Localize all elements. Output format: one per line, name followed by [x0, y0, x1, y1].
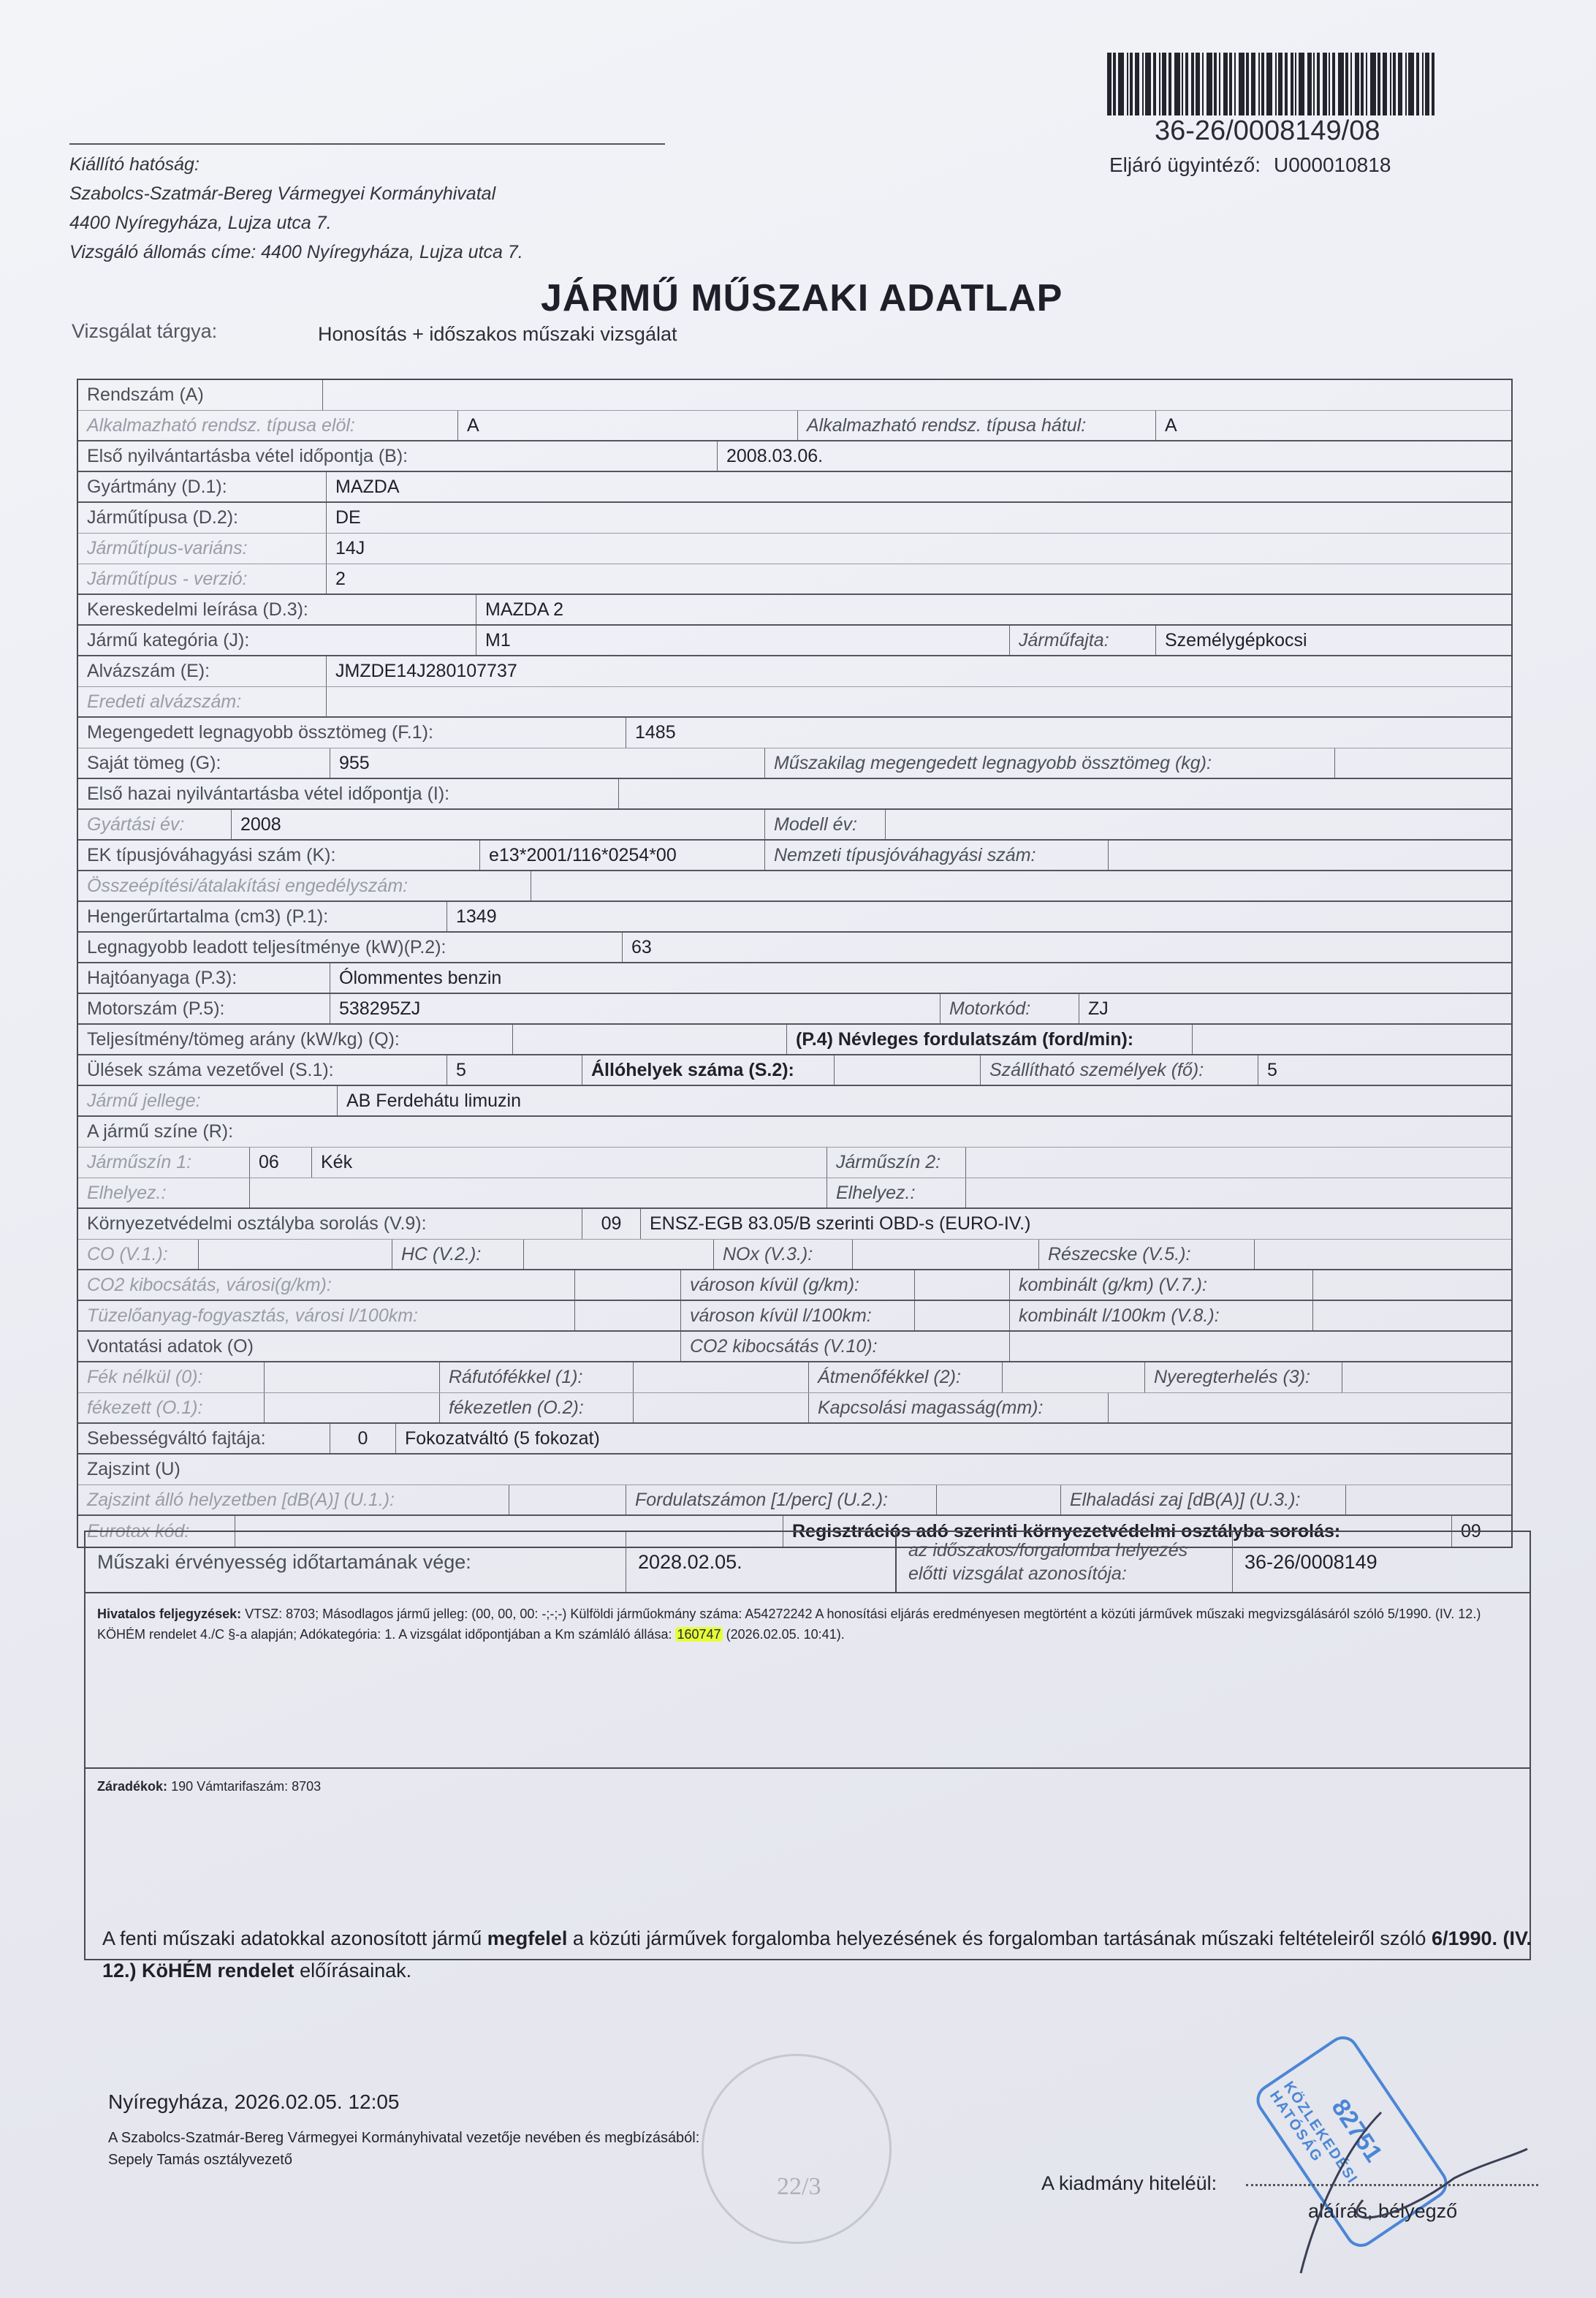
official-notes: Hivatalos feljegyzések: VTSZ: 8703; Máso… — [85, 1593, 1529, 1769]
validity-row: Műszaki érvényesség időtartamának vége: … — [85, 1532, 1529, 1593]
barcode-bar — [1168, 53, 1171, 115]
row-type: Járműtípusa (D.2): DE — [78, 503, 1511, 534]
through-value — [1003, 1362, 1145, 1392]
validity-end-label: Műszaki érvényesség időtartamának vége: — [85, 1532, 626, 1592]
first-reg-value: 2008.03.06. — [718, 441, 1511, 471]
barcode-bar — [1234, 53, 1236, 115]
co2-v10-label: CO2 kibocsátás (V.10): — [681, 1332, 1010, 1361]
barcode-bar — [1275, 53, 1277, 115]
barcode-bar — [1196, 53, 1200, 115]
gearbox-label: Sebességváltó fajtája: — [78, 1424, 330, 1453]
barcode-bar — [1202, 53, 1204, 115]
row-fuel-consumption: Tüzelőanyag-fogyasztás, városi l/100km: … — [78, 1301, 1511, 1332]
version-label: Járműtípus - verzió: — [78, 564, 327, 594]
model-year-value — [886, 810, 1511, 839]
fuel-city-value — [575, 1301, 681, 1330]
variant-label: Járműtípus-variáns: — [78, 534, 327, 564]
coupling-label: Kapcsolási magasság(mm): — [809, 1393, 1109, 1422]
seats-label: Ülések száma vezetővel (S.1): — [78, 1055, 447, 1085]
barcode-bar — [1118, 53, 1124, 115]
overrun-label: Ráfutófékkel (1): — [440, 1362, 634, 1392]
displacement-label: Hengerűrtartalma (cm3) (P.1): — [78, 902, 447, 931]
barcode-bar — [1377, 53, 1380, 115]
conform-bold-1: megfelel — [487, 1927, 568, 1949]
engine-code-label: Motorkód: — [940, 994, 1079, 1023]
placement2-label: Elhelyez.: — [827, 1178, 966, 1207]
braked-label: fékezett (O.1): — [78, 1393, 265, 1422]
fuel-extra-value — [915, 1301, 1010, 1330]
barcode-bar — [1266, 53, 1272, 115]
case-handler: Eljáró ügyintéző:U000010818 — [1109, 153, 1391, 177]
power-label: Legnagyobb leadott teljesítménye (kW)(P.… — [78, 933, 623, 962]
commercial-value: MAZDA 2 — [476, 595, 1511, 624]
issuer-address: 4400 Nyíregyháza, Lujza utca 7. — [69, 208, 523, 238]
validity-section: Műszaki érvényesség időtartamának vége: … — [84, 1531, 1531, 1960]
body-value: AB Ferdehátu limuzin — [338, 1086, 1511, 1115]
issuer-block: Kiállító hatóság: Szabolcs-Szatmár-Bereg… — [69, 150, 523, 267]
row-version: Járműtípus - verzió: 2 — [78, 564, 1511, 595]
validity-end-value: 2028.02.05. — [626, 1532, 897, 1592]
clauses-label: Záradékok: — [97, 1779, 167, 1794]
barcode-bar — [1261, 53, 1264, 115]
ec-approval-label: EK típusjóváhagyási szám (K): — [78, 841, 480, 870]
barcode-bar — [1370, 53, 1376, 115]
conversion-value — [531, 871, 1511, 900]
prev-inspection-label: az időszakos/forgalomba helyezés előtti … — [897, 1532, 1233, 1592]
row-power-weight: Teljesítmény/tömeg arány (kW/kg) (Q): (P… — [78, 1025, 1511, 1055]
barcode-bar — [1332, 53, 1335, 115]
row-emissions: CO (V.1.): HC (V.2.): NOx (V.3.): Részec… — [78, 1240, 1511, 1270]
conform-text-1: A fenti műszaki adatokkal azonosított já… — [102, 1927, 482, 1949]
row-orig-vin: Eredeti alvázszám: — [78, 687, 1511, 718]
category-label: Jármű kategória (J): — [78, 626, 476, 655]
barcode-bar — [1425, 53, 1429, 115]
noise-rpm-value — [937, 1485, 1061, 1514]
fuel-comb-label: kombinált l/100km (V.8.): — [1010, 1301, 1313, 1330]
barcode-bar — [1338, 53, 1344, 115]
color2-label: Járműszín 2: — [827, 1148, 966, 1178]
engine-no-label: Motorszám (P.5): — [78, 994, 330, 1023]
nox-value — [853, 1240, 1039, 1269]
notes-label: Hivatalos feljegyzések: — [97, 1607, 241, 1621]
barcode-bar — [1345, 53, 1348, 115]
barcode-bar — [1366, 53, 1367, 115]
standing-label: Állóhelyek száma (S.2): — [582, 1055, 835, 1085]
own-mass-value: 955 — [330, 748, 765, 778]
row-noise-header: Zajszint (U) — [78, 1455, 1511, 1485]
gearbox-value: Fokozatváltó (5 fokozat) — [396, 1424, 1511, 1453]
seal-number: 22/3 — [777, 2173, 821, 2201]
barcode-bar — [1285, 53, 1288, 115]
row-variant: Járműtípus-variáns: 14J — [78, 534, 1511, 564]
barcode-bar — [1191, 53, 1194, 115]
make-label: Gyártmány (D.1): — [78, 472, 327, 501]
barcode-bar — [1229, 53, 1232, 115]
plate-type-front-label: Alkalmazható rendsz. típusa elöl: — [78, 411, 458, 440]
nox-label: NOx (V.3.): — [714, 1240, 853, 1269]
barcode — [1107, 53, 1484, 115]
color-label: A jármű színe (R): — [78, 1117, 1511, 1147]
engine-no-value: 538295ZJ — [330, 994, 940, 1023]
color1-code: 06 — [250, 1148, 312, 1178]
barcode-bar — [1317, 53, 1320, 115]
unbraked-value — [634, 1393, 809, 1422]
noise-rpm-label: Fordulatszámon [1/perc] (U.2.): — [626, 1485, 937, 1514]
header-divider — [69, 143, 665, 145]
row-engine: Motorszám (P.5): 538295ZJ Motorkód: ZJ — [78, 994, 1511, 1025]
noise-stat-value — [509, 1485, 626, 1514]
fuel-comb-value — [1313, 1301, 1511, 1330]
row-category: Jármű kategória (J): M1 Járműfajta: Szem… — [78, 626, 1511, 656]
row-towing: Vontatási adatok (O) CO2 kibocsátás (V.1… — [78, 1332, 1511, 1362]
barcode-bar — [1153, 53, 1156, 115]
barcode-bar — [1135, 53, 1139, 115]
row-noise: Zajszint álló helyzetben [dB(A)] (U.1.):… — [78, 1485, 1511, 1516]
row-seats: Ülések száma vezetővel (S.1): 5 Állóhely… — [78, 1055, 1511, 1086]
plate-type-rear-label: Alkalmazható rendsz. típusa hátul: — [798, 411, 1156, 440]
notes-text-end: (2026.02.05. 10:41). — [726, 1627, 845, 1642]
towing-label: Vontatási adatok (O) — [78, 1332, 681, 1361]
row-prod-year: Gyártási év: 2008 Modell év: — [78, 810, 1511, 841]
barcode-bar — [1107, 53, 1111, 115]
placement2-value — [966, 1178, 1511, 1207]
case-handler-value: U000010818 — [1274, 153, 1391, 176]
max-mass-value: 1485 — [626, 718, 1511, 748]
conversion-label: Összeépítési/átalakítási engedélyszám: — [78, 871, 531, 900]
saddle-label: Nyeregterhelés (3): — [1145, 1362, 1342, 1392]
row-displacement: Hengerűrtartalma (cm3) (P.1): 1349 — [78, 902, 1511, 933]
barcode-bar — [1393, 53, 1396, 115]
row-plate: Rendszám (A) — [78, 380, 1511, 411]
env-class-label: Környezetvédelmi osztályba sorolás (V.9)… — [78, 1209, 582, 1239]
ec-approval-value: e13*2001/116*0254*00 — [480, 841, 765, 870]
barcode-bar — [1246, 53, 1249, 115]
noise-pass-label: Elhaladási zaj [dB(A)] (U.3.): — [1061, 1485, 1346, 1514]
subject-value: Honosítás + időszakos műszaki vizsgálat — [318, 323, 677, 346]
kind-value: Személygépkocsi — [1156, 626, 1511, 655]
plate-value — [323, 380, 1511, 410]
barcode-bar — [1383, 53, 1387, 115]
barcode-bar — [1127, 53, 1128, 115]
displacement-value: 1349 — [447, 902, 1511, 931]
row-max-mass: Megengedett legnagyobb össztömeg (F.1): … — [78, 718, 1511, 748]
conform-text-2: a közúti járművek forgalomba helyezéséne… — [573, 1927, 1426, 1949]
placement1-label: Elhelyez.: — [78, 1178, 250, 1207]
standing-value — [835, 1055, 981, 1085]
braked-value — [265, 1393, 440, 1422]
no-brake-value — [265, 1362, 440, 1392]
fuel-value: Ólommentes benzin — [330, 963, 1511, 993]
plate-type-rear-value: A — [1156, 411, 1511, 440]
row-co2: CO2 kibocsátás, városi(g/km): városon kí… — [78, 1270, 1511, 1301]
barcode-bar — [1408, 53, 1414, 115]
hc-value — [524, 1240, 714, 1269]
row-color1: Járműszín 1: 06 Kék Járműszín 2: — [78, 1148, 1511, 1178]
case-handler-label: Eljáró ügyintéző: — [1109, 153, 1261, 176]
row-gearbox: Sebességváltó fajtája: 0 Fokozatváltó (5… — [78, 1424, 1511, 1455]
type-label: Járműtípusa (D.2): — [78, 503, 327, 533]
conformity-statement: A fenti műszaki adatokkal azonosított já… — [102, 1922, 1535, 1987]
persons-value: 5 — [1258, 1055, 1511, 1085]
row-vin: Alvázszám (E): JMZDE14J280107737 — [78, 656, 1511, 687]
row-plate-types: Alkalmazható rendsz. típusa elöl: A Alka… — [78, 411, 1511, 441]
barcode-bar — [1416, 53, 1419, 115]
barcode-bar — [1174, 53, 1180, 115]
row-conversion: Összeépítési/átalakítási engedélyszám: — [78, 871, 1511, 902]
own-mass-label: Saját tömeg (G): — [78, 748, 330, 778]
tech-max-mass-value — [1335, 748, 1511, 778]
noise-pass-value — [1346, 1485, 1511, 1514]
vehicle-data-table: Rendszám (A) Alkalmazható rendsz. típusa… — [77, 379, 1513, 1548]
barcode-bar — [1159, 53, 1160, 115]
saddle-value — [1342, 1362, 1511, 1392]
signatory-block: A Szabolcs-Szatmár-Bereg Vármegyei Kormá… — [108, 2127, 699, 2171]
barcode-bar — [1219, 53, 1220, 115]
co2-city-label: CO2 kibocsátás, városi(g/km): — [78, 1270, 575, 1300]
co2-extra-value — [915, 1270, 1010, 1300]
page-title: JÁRMŰ MŰSZAKI ADATLAP — [541, 276, 1063, 320]
unbraked-label: fékezetlen (O.2): — [440, 1393, 634, 1422]
orig-vin-value — [327, 687, 1511, 716]
first-domestic-label: Első hazai nyilvántartásba vétel időpont… — [78, 779, 619, 808]
persons-label: Szállítható személyek (fő): — [981, 1055, 1258, 1085]
row-first-domestic: Első hazai nyilvántartásba vétel időpont… — [78, 779, 1511, 810]
row-color-header: A jármű színe (R): — [78, 1117, 1511, 1148]
plate-label: Rendszám (A) — [78, 380, 323, 410]
on-behalf-text: A Szabolcs-Szatmár-Bereg Vármegyei Kormá… — [108, 2127, 699, 2149]
conform-text-3: előírásainak. — [300, 1960, 411, 1982]
co-label: CO (V.1.): — [78, 1240, 199, 1269]
particle-value — [1255, 1240, 1511, 1269]
noise-label: Zajszint (U) — [78, 1455, 1511, 1484]
official-seal-icon: 22/3 — [702, 2054, 892, 2244]
gearbox-code: 0 — [330, 1424, 396, 1453]
seats-value: 5 — [447, 1055, 582, 1085]
barcode-bar — [1350, 53, 1352, 115]
document-number: 36-26/0008149/08 — [1155, 115, 1380, 147]
commercial-label: Kereskedelmi leírása (D.3): — [78, 595, 476, 624]
fuel-extra-label: városon kívül l/100km: — [681, 1301, 915, 1330]
category-value: M1 — [476, 626, 1010, 655]
barcode-bar — [1295, 53, 1296, 115]
color2-value — [966, 1148, 1511, 1178]
rpm-label: (P.4) Névleges fordulatszám (ford/min): — [787, 1025, 1193, 1054]
engine-code-value: ZJ — [1079, 994, 1511, 1023]
barcode-bar — [1299, 53, 1304, 115]
barcode-bar — [1214, 53, 1217, 115]
nat-approval-label: Nemzeti típusjóváhagyási szám: — [765, 841, 1109, 870]
overrun-value — [634, 1362, 809, 1392]
barcode-bar — [1185, 53, 1188, 115]
issuer-label: Kiállító hatóság: — [69, 150, 523, 179]
kind-label: Járműfajta: — [1010, 626, 1156, 655]
vin-value: JMZDE14J280107737 — [327, 656, 1511, 686]
barcode-bar — [1206, 53, 1212, 115]
co-value — [199, 1240, 392, 1269]
row-own-mass: Saját tömeg (G): 955 Műszakilag megenged… — [78, 748, 1511, 779]
env-class-code: 09 — [582, 1209, 641, 1239]
signer-name: Sepely Tamás osztályvezető — [108, 2149, 699, 2171]
co2-extra-label: városon kívül (g/km): — [681, 1270, 915, 1300]
coupling-value — [1109, 1393, 1511, 1422]
prod-year-label: Gyártási év: — [78, 810, 232, 839]
max-mass-label: Megengedett legnagyobb össztömeg (F.1): — [78, 718, 626, 748]
document-page: 36-26/0008149/08 Eljáró ügyintéző:U00001… — [0, 0, 1596, 2298]
row-braked: fékezett (O.1): fékezetlen (O.2): Kapcso… — [78, 1393, 1511, 1424]
subject-label: Vizsgálat tárgya: — [72, 320, 217, 343]
barcode-bar — [1223, 53, 1228, 115]
barcode-bar — [1162, 53, 1166, 115]
row-commercial: Kereskedelmi leírása (D.3): MAZDA 2 — [78, 595, 1511, 626]
row-body: Jármű jellege: AB Ferdehátu limuzin — [78, 1086, 1511, 1117]
barcode-bar — [1239, 53, 1244, 115]
row-env-class: Környezetvédelmi osztályba sorolás (V.9)… — [78, 1209, 1511, 1240]
version-value: 2 — [327, 564, 1511, 594]
station-address: Vizsgáló állomás címe: 4400 Nyíregyháza,… — [69, 238, 523, 267]
barcode-bar — [1361, 53, 1364, 115]
barcode-bar — [1390, 53, 1391, 115]
place-date: Nyíregyháza, 2026.02.05. 12:05 — [108, 2090, 400, 2114]
power-weight-value — [513, 1025, 787, 1054]
model-year-label: Modell év: — [765, 810, 886, 839]
barcode-bar — [1313, 53, 1315, 115]
rpm-value — [1193, 1025, 1511, 1054]
tech-max-mass-label: Műszakilag megengedett legnagyobb össztö… — [765, 748, 1335, 778]
row-ec-approval: EK típusjóváhagyási szám (K): e13*2001/1… — [78, 841, 1511, 871]
barcode-bar — [1405, 53, 1407, 115]
handwritten-signature-icon — [1293, 2105, 1535, 2280]
barcode-bar — [1113, 53, 1116, 115]
row-power: Legnagyobb leadott teljesítménye (kW)(P.… — [78, 933, 1511, 963]
barcode-bar — [1182, 53, 1183, 115]
co2-v10-value — [1010, 1332, 1511, 1361]
co2-comb-label: kombinált (g/km) (V.7.): — [1010, 1270, 1313, 1300]
nat-approval-value — [1109, 841, 1511, 870]
hc-label: HC (V.2.): — [392, 1240, 524, 1269]
clauses-text: 190 Vámtarifaszám: 8703 — [171, 1779, 321, 1794]
first-reg-label: Első nyilvántartásba vétel időpontja (B)… — [78, 441, 718, 471]
plate-type-front-value: A — [458, 411, 798, 440]
fuel-city-label: Tüzelőanyag-fogyasztás, városi l/100km: — [78, 1301, 575, 1330]
placement1-value — [250, 1178, 827, 1207]
barcode-bar — [1329, 53, 1330, 115]
barcode-bar — [1307, 53, 1312, 115]
attest-label: A kiadmány hiteléül: — [1041, 2172, 1217, 2195]
fuel-label: Hajtóanyaga (P.3): — [78, 963, 330, 993]
issuer-name: Szabolcs-Szatmár-Bereg Vármegyei Kormány… — [69, 179, 523, 208]
make-value: MAZDA — [327, 472, 1511, 501]
barcode-bar — [1422, 53, 1424, 115]
type-value: DE — [327, 503, 1511, 533]
odometer-value: 160747 — [675, 1627, 722, 1642]
row-placement: Elhelyez.: Elhelyez.: — [78, 1178, 1511, 1209]
prev-inspection-value: 36-26/0008149 — [1233, 1532, 1529, 1592]
barcode-bar — [1432, 53, 1434, 115]
power-value: 63 — [623, 933, 1511, 962]
barcode-bar — [1355, 53, 1359, 115]
first-domestic-value — [619, 779, 1511, 808]
barcode-bar — [1251, 53, 1255, 115]
color1-label: Járműszín 1: — [78, 1148, 250, 1178]
orig-vin-label: Eredeti alvázszám: — [78, 687, 327, 716]
barcode-bar — [1323, 53, 1327, 115]
env-class-value: ENSZ-EGB 83.05/B szerinti OBD-s (EURO-IV… — [641, 1209, 1511, 1239]
prod-year-value: 2008 — [232, 810, 765, 839]
row-make: Gyártmány (D.1): MAZDA — [78, 472, 1511, 503]
body-label: Jármű jellege: — [78, 1086, 338, 1115]
particle-label: Részecske (V.5.): — [1039, 1240, 1255, 1269]
through-label: Átmenőfékkel (2): — [809, 1362, 1003, 1392]
row-brakes: Fék nélkül (0): Ráfutófékkel (1): Átmenő… — [78, 1362, 1511, 1393]
variant-value: 14J — [327, 534, 1511, 564]
barcode-bar — [1145, 53, 1151, 115]
color1-value: Kék — [312, 1148, 827, 1178]
barcode-bar — [1258, 53, 1260, 115]
power-weight-label: Teljesítmény/tömeg arány (kW/kg) (Q): — [78, 1025, 513, 1054]
barcode-bar — [1130, 53, 1133, 115]
barcode-bar — [1291, 53, 1293, 115]
noise-stat-label: Zajszint álló helyzetben [dB(A)] (U.1.): — [78, 1485, 509, 1514]
barcode-bar — [1278, 53, 1282, 115]
co2-comb-value — [1313, 1270, 1511, 1300]
barcode-bar — [1142, 53, 1144, 115]
co2-city-value — [575, 1270, 681, 1300]
barcode-bar — [1398, 53, 1402, 115]
vin-label: Alvázszám (E): — [78, 656, 327, 686]
no-brake-label: Fék nélkül (0): — [78, 1362, 265, 1392]
row-first-registration: Első nyilvántartásba vétel időpontja (B)… — [78, 441, 1511, 472]
row-fuel: Hajtóanyaga (P.3): Ólommentes benzin — [78, 963, 1511, 994]
